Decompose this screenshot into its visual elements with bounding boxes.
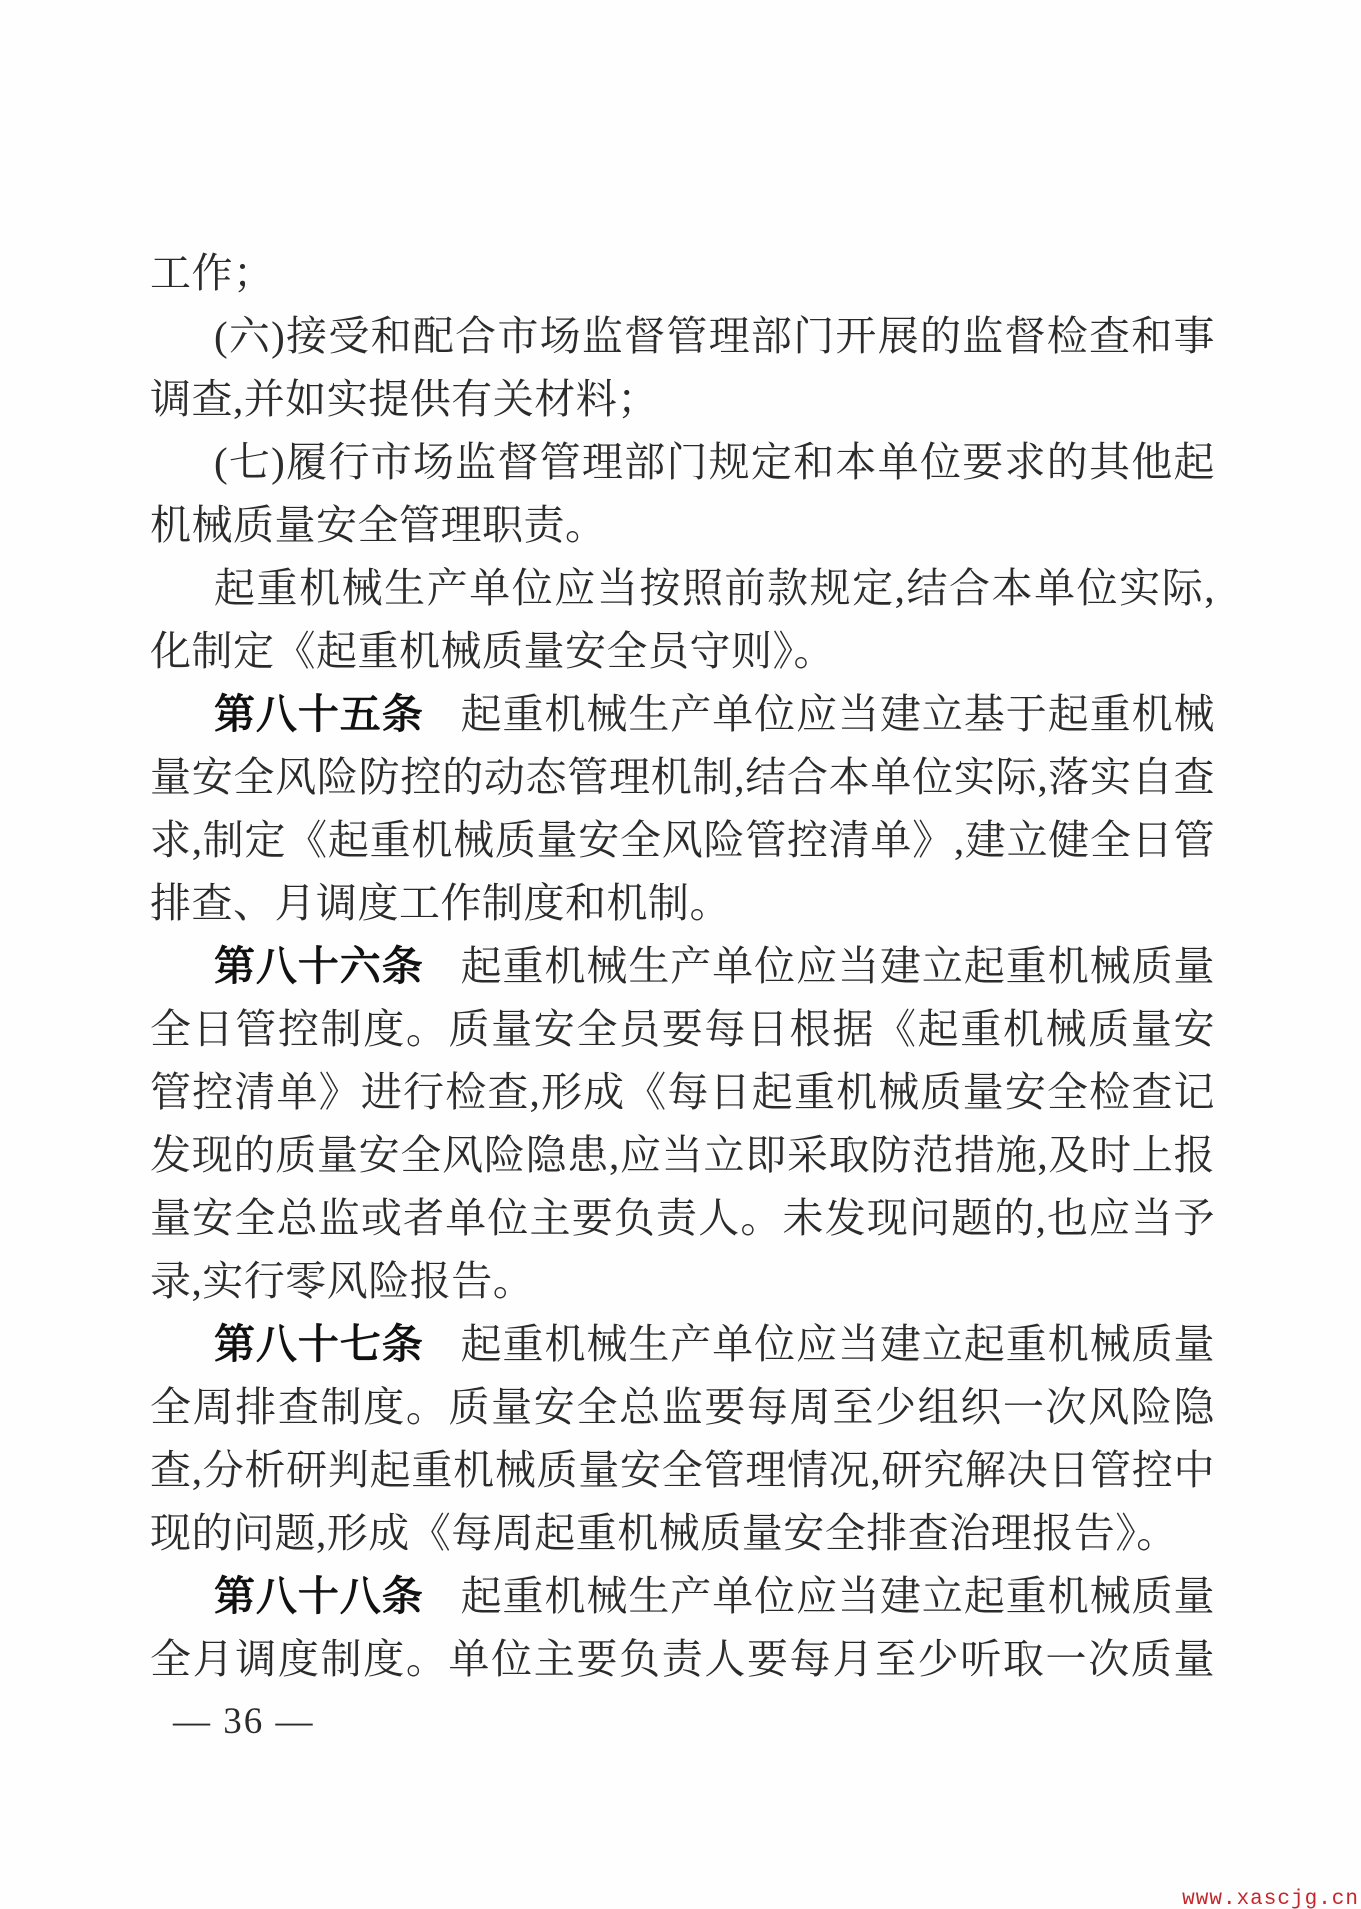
text-line: 全周排查制度。质量安全总监要每周至少组织一次风险隐患排 xyxy=(150,1376,1215,1439)
article-number: 第八十五条 xyxy=(214,691,424,737)
text-line: 管控清单》进行检查,形成《每日起重机械质量安全检查记录》,对 xyxy=(150,1061,1215,1124)
line-text: 求,制定《起重机械质量安全风险管控清单》,建立健全日管控、周 xyxy=(150,817,1215,872)
line-text: (七)履行市场监督管理部门规定和本单位要求的其他起重 xyxy=(214,439,1215,494)
line-text: 全周排查制度。质量安全总监要每周至少组织一次风险隐患排 xyxy=(150,1384,1215,1439)
text-line: 第八十八条起重机械生产单位应当建立起重机械质量安 xyxy=(150,1565,1215,1628)
line-text: 全月调度制度。单位主要负责人要每月至少听取一次质量安全 xyxy=(150,1636,1215,1691)
line-text: (六)接受和配合市场监督管理部门开展的监督检查和事故 xyxy=(214,313,1215,368)
line-text: 发现的质量安全风险隐患,应当立即采取防范措施,及时上报质 xyxy=(150,1132,1215,1187)
article-number: 第八十七条 xyxy=(214,1321,424,1367)
article-number: 第八十六条 xyxy=(214,943,424,989)
text-line: 全日管控制度。质量安全员要每日根据《起重机械质量安全风险 xyxy=(150,998,1215,1061)
text-line: 全月调度制度。单位主要负责人要每月至少听取一次质量安全 xyxy=(150,1628,1215,1691)
text-line: 量安全风险防控的动态管理机制,结合本单位实际,落实自查要 xyxy=(150,746,1215,809)
text-line: (六)接受和配合市场监督管理部门开展的监督检查和事故 xyxy=(150,305,1215,368)
line-text: 工作； xyxy=(150,250,275,296)
text-line: 求,制定《起重机械质量安全风险管控清单》,建立健全日管控、周 xyxy=(150,809,1215,872)
line-text: 查,分析研判起重机械质量安全管理情况,研究解决日管控中发 xyxy=(150,1447,1215,1502)
text-line: 第八十五条起重机械生产单位应当建立基于起重机械质 xyxy=(150,683,1215,746)
text-line: 现的问题,形成《每周起重机械质量安全排查治理报告》。 xyxy=(150,1502,1215,1565)
line-text: 排查、月调度工作制度和机制。 xyxy=(150,880,731,926)
text-line: 第八十七条起重机械生产单位应当建立起重机械质量安 xyxy=(150,1313,1215,1376)
text-line: 化制定《起重机械质量安全员守则》。 xyxy=(150,620,1215,683)
line-text: 起重机械生产单位应当按照前款规定,结合本单位实际,细 xyxy=(214,565,1215,620)
text-line: 录,实行零风险报告。 xyxy=(150,1250,1215,1313)
text-line: 排查、月调度工作制度和机制。 xyxy=(150,872,1215,935)
text-line: 量安全总监或者单位主要负责人。未发现问题的,也应当予以记 xyxy=(150,1187,1215,1250)
text-line: 第八十六条起重机械生产单位应当建立起重机械质量安 xyxy=(150,935,1215,998)
line-text: 量安全总监或者单位主要负责人。未发现问题的,也应当予以记 xyxy=(150,1195,1215,1250)
line-text: 录,实行零风险报告。 xyxy=(150,1258,534,1304)
watermark: www.xascjg.cn xyxy=(1182,1888,1359,1909)
text-line: 机械质量安全管理职责。 xyxy=(150,494,1215,557)
document-body: 工作；(六)接受和配合市场监督管理部门开展的监督检查和事故调查,并如实提供有关材… xyxy=(150,242,1215,1691)
text-line: 发现的质量安全风险隐患,应当立即采取防范措施,及时上报质 xyxy=(150,1124,1215,1187)
line-text: 量安全风险防控的动态管理机制,结合本单位实际,落实自查要 xyxy=(150,754,1215,809)
line-text: 现的问题,形成《每周起重机械质量安全排查治理报告》。 xyxy=(150,1510,1178,1556)
text-line: 查,分析研判起重机械质量安全管理情况,研究解决日管控中发 xyxy=(150,1439,1215,1502)
article-number: 第八十八条 xyxy=(214,1573,424,1619)
line-text: 化制定《起重机械质量安全员守则》。 xyxy=(150,628,835,674)
text-line: (七)履行市场监督管理部门规定和本单位要求的其他起重 xyxy=(150,431,1215,494)
text-line: 工作； xyxy=(150,242,1215,305)
line-text: 调查,并如实提供有关材料； xyxy=(150,376,659,422)
line-text: 管控清单》进行检查,形成《每日起重机械质量安全检查记录》,对 xyxy=(150,1069,1215,1124)
document-page: 工作；(六)接受和配合市场监督管理部门开展的监督检查和事故调查,并如实提供有关材… xyxy=(0,0,1361,1909)
line-text: 机械质量安全管理职责。 xyxy=(150,502,607,548)
text-line: 调查,并如实提供有关材料； xyxy=(150,368,1215,431)
page-number: — 36 — xyxy=(173,1690,315,1753)
text-line: 起重机械生产单位应当按照前款规定,结合本单位实际,细 xyxy=(150,557,1215,620)
line-text: 全日管控制度。质量安全员要每日根据《起重机械质量安全风险 xyxy=(150,1006,1215,1061)
